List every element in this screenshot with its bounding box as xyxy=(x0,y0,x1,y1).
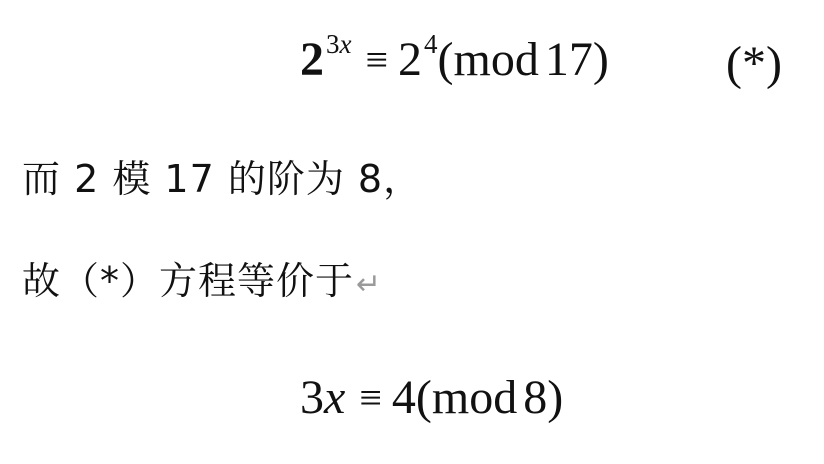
equivalence-statement: 故（*）方程等价于↵ xyxy=(22,262,382,300)
congruence-symbol: ≡ xyxy=(359,378,382,418)
equation-congruence-mod-8: 3x≡4(mod8) xyxy=(300,374,563,422)
modulus: 17 xyxy=(545,33,593,86)
coefficient: 3 xyxy=(300,371,324,424)
mod-open: (mod xyxy=(416,371,517,424)
variable: x xyxy=(324,371,345,424)
equivalence-text: 故（*）方程等价于 xyxy=(22,259,354,303)
mod-close: ) xyxy=(547,371,563,424)
exponent-number: 3 xyxy=(326,29,340,59)
equation-congruence-mod-17: 23x≡24(mod17) xyxy=(300,36,609,84)
paragraph-mark-icon: ↵ xyxy=(356,267,382,302)
mod-open: (mod xyxy=(438,33,539,86)
equation-tag: (*) xyxy=(726,36,782,91)
congruence-symbol: ≡ xyxy=(365,40,388,80)
rhs-base: 2 xyxy=(398,33,422,86)
rhs-value: 4 xyxy=(392,371,416,424)
exponent-variable: x xyxy=(340,29,352,59)
equation-base: 2 xyxy=(300,33,324,86)
order-statement: 而 2 模 17 的阶为 8， xyxy=(22,160,422,198)
equation-exponent: 3x xyxy=(326,29,351,59)
mod-close: ) xyxy=(593,33,609,86)
modulus: 8 xyxy=(523,371,547,424)
rhs-exponent: 4 xyxy=(424,29,438,59)
